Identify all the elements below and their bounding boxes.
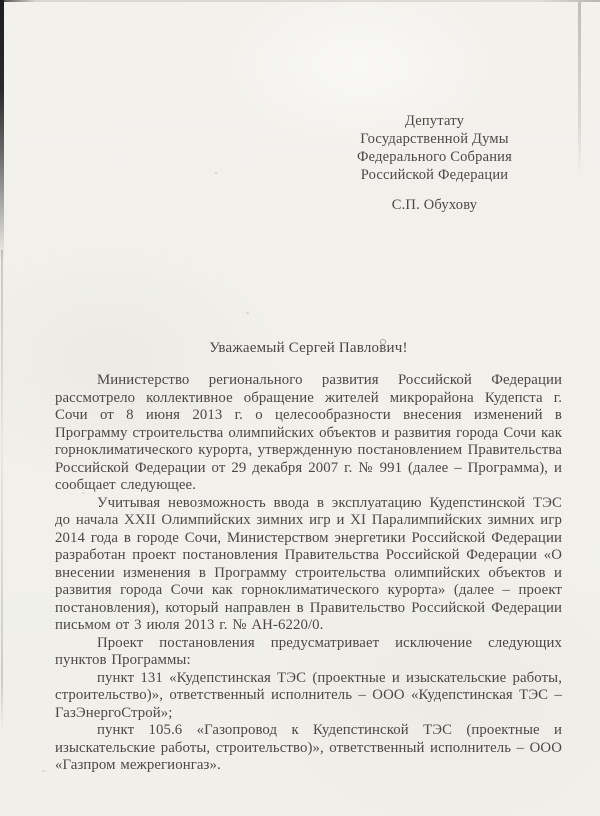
body-paragraph: пункт 105.6 «Газопровод к Кудепстинской … [55, 722, 562, 775]
scan-edge-left [0, 0, 4, 260]
body-paragraph: пункт 131 «Кудепстинская ТЭС (проектные … [55, 670, 562, 723]
letter-content: Депутату Государственной Думы Федерально… [55, 0, 562, 775]
letter-body: Министерство регионального развития Росс… [55, 372, 562, 775]
recipient-line: Российской Федерации [357, 166, 512, 184]
scan-edge-left-faint [1, 250, 3, 730]
recipient-name: С.П. Обухову [357, 196, 512, 214]
body-paragraph: Проект постановления предусматривает иск… [55, 635, 562, 670]
body-paragraph: Учитывая невозможность ввода в эксплуата… [55, 495, 562, 635]
recipient-line: Государственной Думы [357, 130, 512, 148]
scan-edge-right [578, 2, 581, 177]
body-paragraph: Министерство регионального развития Росс… [55, 372, 562, 495]
recipient-line: Депутату [357, 112, 512, 130]
recipient-line: Федерального Собрания [357, 148, 512, 166]
salutation: Уважаемый Сергей Павлович! [55, 340, 562, 357]
scanned-letter-page: Депутату Государственной Думы Федерально… [0, 0, 600, 816]
recipient-block: Депутату Государственной Думы Федерально… [55, 112, 562, 214]
scan-speck [42, 770, 45, 772]
